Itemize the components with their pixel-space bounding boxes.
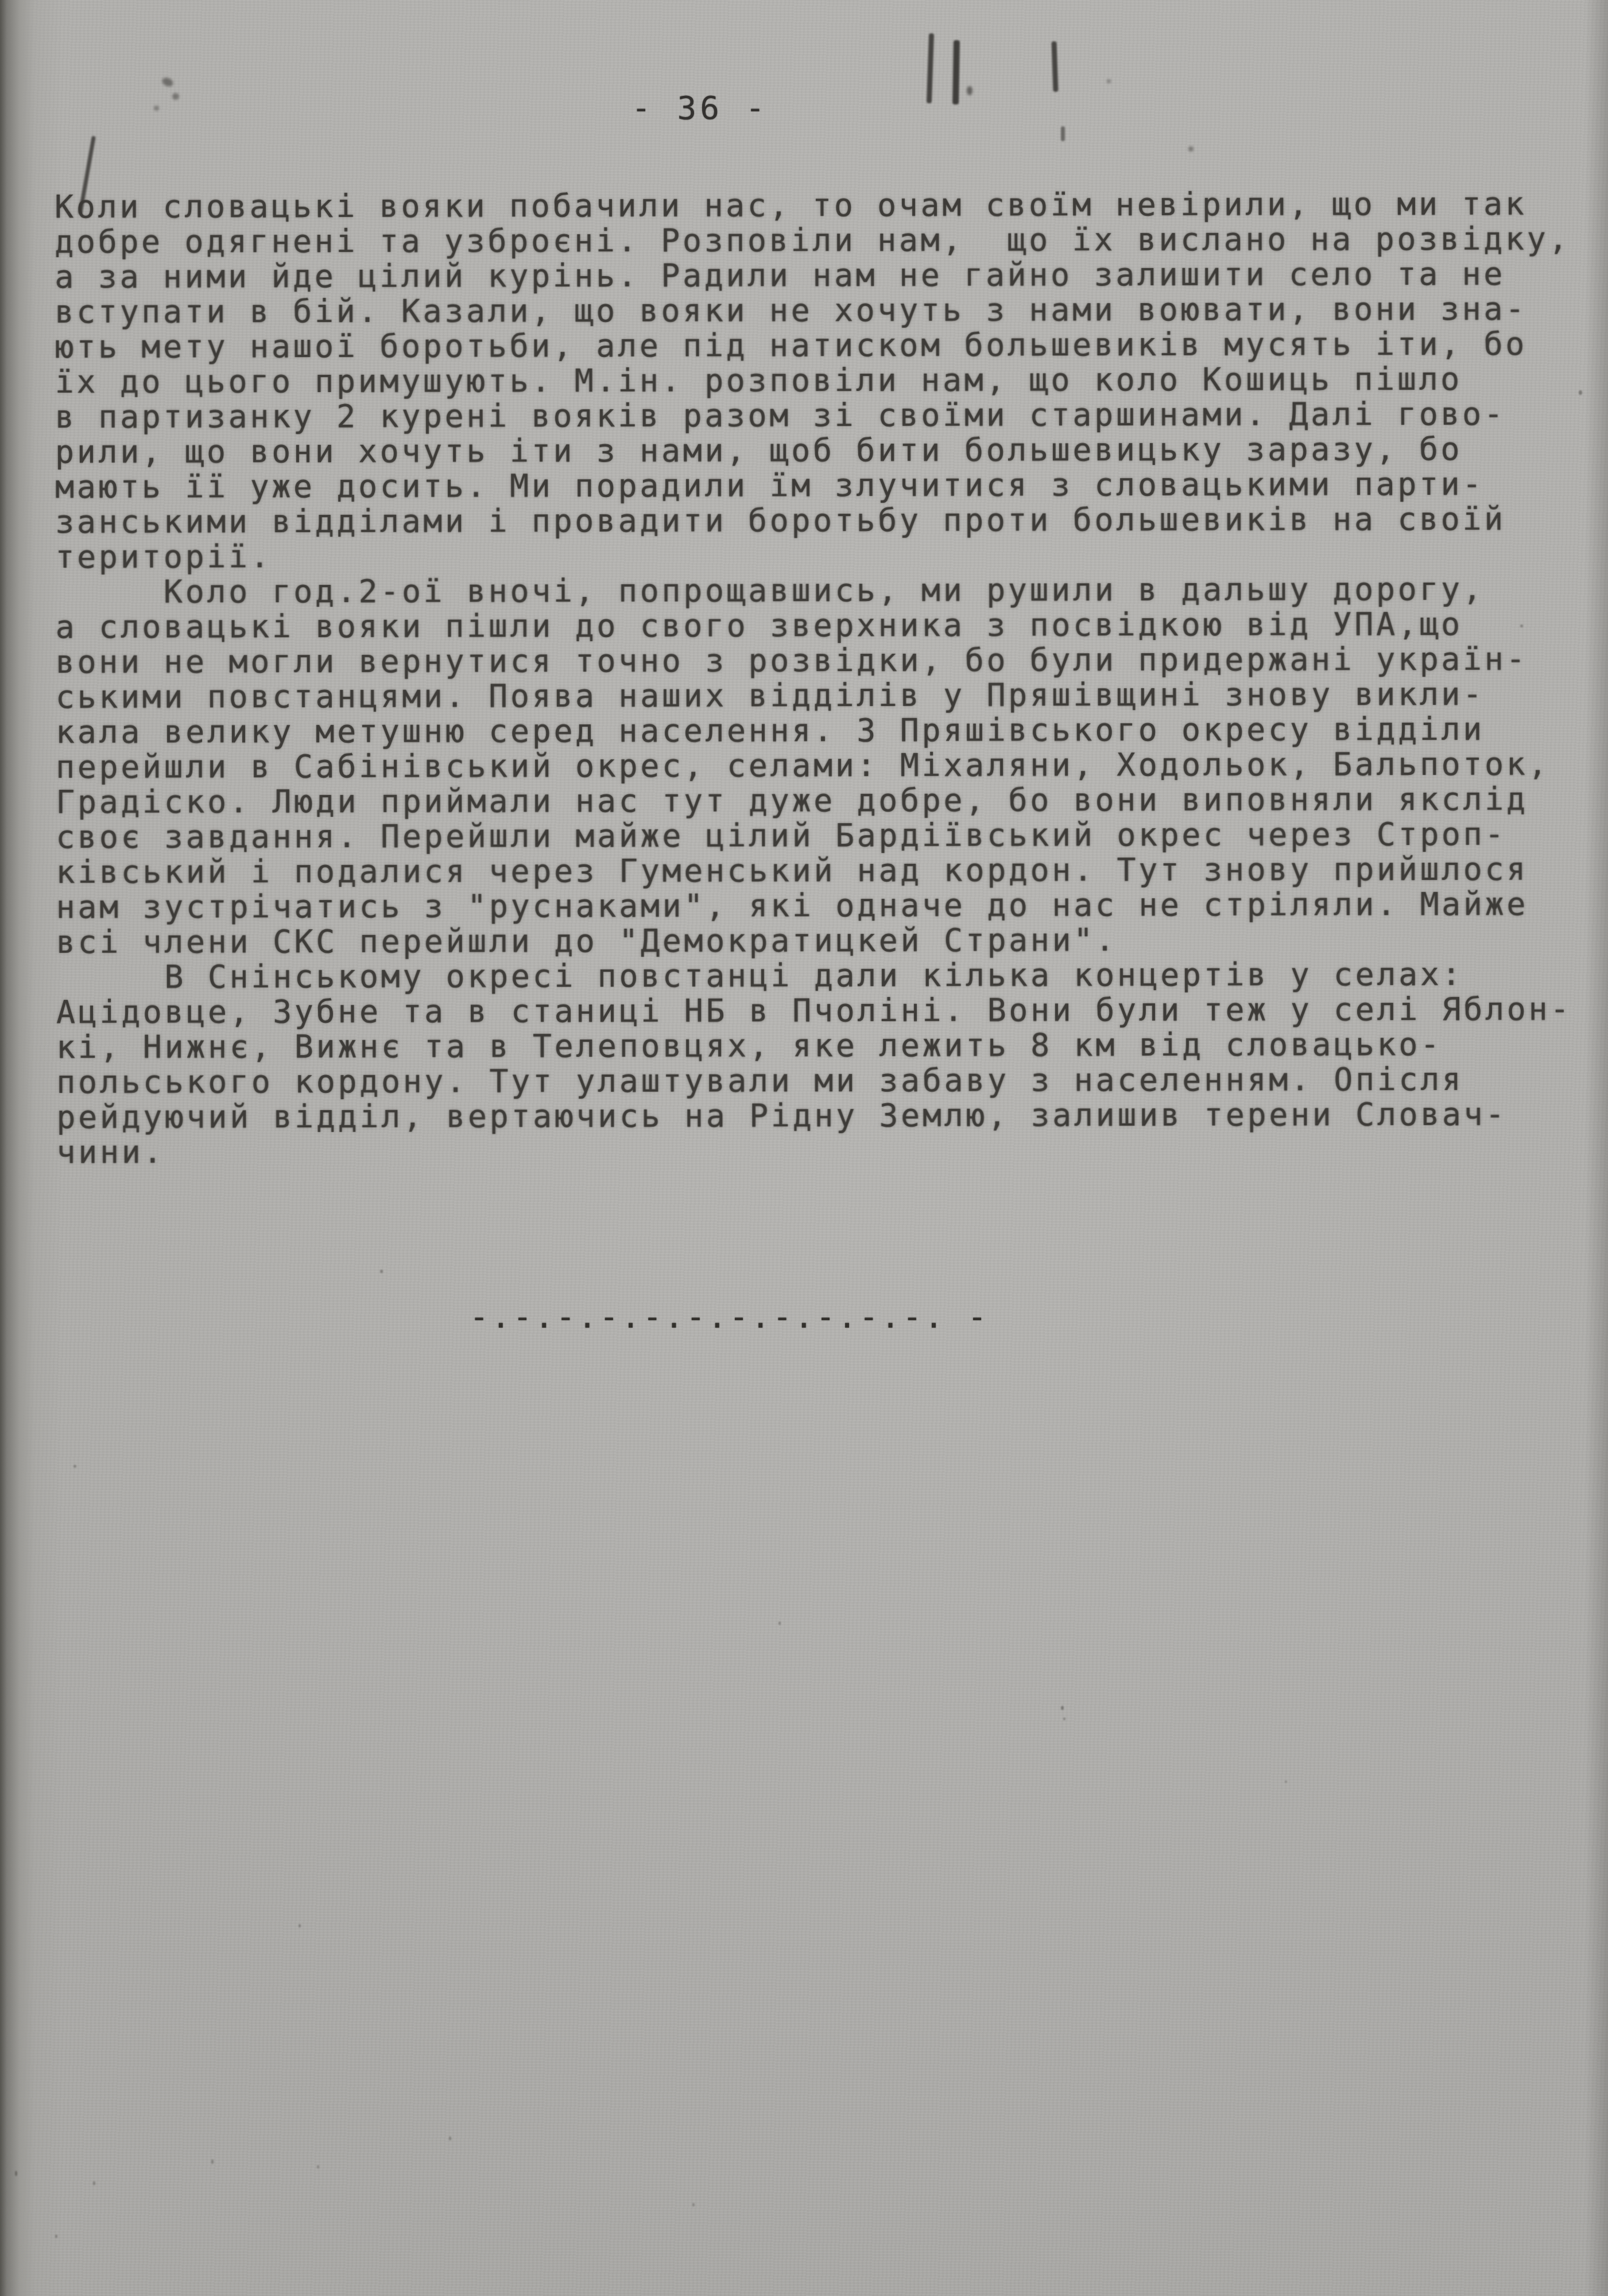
- paper-speck: [15, 2171, 17, 2176]
- text-line: нам зустрічатись з "руснаками", які одна…: [56, 886, 1595, 925]
- text-line: в партизанку 2 курені вояків разом зі св…: [55, 396, 1594, 435]
- ink-speck: [1107, 79, 1111, 83]
- text-line: Градіско. Люди приймали нас тут дуже доб…: [56, 781, 1594, 820]
- text-line: ківський і подалися через Гуменський над…: [56, 851, 1594, 890]
- paper-speck: [380, 1270, 383, 1273]
- page-number: - 36 -: [631, 90, 768, 127]
- text-line: а за ними йде цілий курінь. Радили нам н…: [55, 256, 1593, 294]
- scan-edge-shadow-left: [0, 0, 63, 2296]
- paper-speck: [317, 2165, 319, 2169]
- text-line: кала велику метушню серед населення. З П…: [56, 711, 1594, 750]
- text-line: мають її уже досить. Ми порадили їм злуч…: [55, 466, 1594, 505]
- text-block: Коли словацькі вояки побачили нас, то оч…: [55, 186, 1595, 1170]
- text-line: своє завдання. Перейшли майже цілий Бард…: [56, 816, 1594, 855]
- text-line: рили, що вони хочуть іти з нами, щоб бит…: [55, 431, 1594, 470]
- ink-smudge: [161, 76, 175, 88]
- ink-stroke: [927, 33, 934, 103]
- text-line: їх до цього примушують. М.ін. розповіли …: [55, 361, 1594, 400]
- ink-stroke: [952, 40, 960, 104]
- text-line: рейдуючий відділ, вертаючись на Рідну Зе…: [56, 1096, 1595, 1135]
- paper-speck: [449, 2136, 451, 2140]
- ink-speck: [1188, 146, 1194, 152]
- text-line: добре одягнені та узброєні. Розповіли на…: [55, 221, 1593, 259]
- ink-speck: [967, 86, 972, 95]
- ink-smudge: [154, 106, 159, 111]
- paper-speck: [1061, 1706, 1064, 1710]
- text-line: занськими відділами і провадити боротьбу…: [55, 501, 1594, 540]
- text-line: ють мету нашої боротьби, але під натиско…: [55, 326, 1594, 364]
- text-line: В Снінському окресі повстанці дали кільк…: [56, 956, 1595, 995]
- paper-speck: [1285, 1781, 1287, 1783]
- paper-speck: [778, 1622, 781, 1625]
- paper-speck: [692, 2203, 695, 2206]
- text-line: кі, Нижнє, Вижнє та в Телеповцях, яке ле…: [56, 1026, 1595, 1065]
- text-line: перейшли в Сабінівський окрес, селами: М…: [56, 746, 1594, 785]
- text-line: чини.: [56, 1131, 1595, 1170]
- ink-stroke: [1061, 126, 1065, 141]
- text-line: а словацькі вояки пішли до свого зверхни…: [56, 606, 1594, 645]
- separator-line: -.-.-.-.-.-.-.-.-.-.-. -: [470, 1298, 989, 1335]
- text-line: вступати в бій. Казали, що вояки не хочу…: [55, 291, 1593, 329]
- ink-smudge: [172, 93, 179, 100]
- text-line: Коли словацькі вояки побачили нас, то оч…: [55, 186, 1593, 224]
- scanned-document-page: - 36 - Коли словацькі вояки побачили нас…: [0, 0, 1608, 2296]
- text-line: польського кордону. Тут улаштували ми за…: [56, 1061, 1595, 1100]
- text-line: Коло год.2-ої вночі, попрощавшись, ми ру…: [55, 571, 1594, 610]
- ink-stroke: [1051, 41, 1058, 92]
- paper-speck: [55, 2235, 57, 2238]
- paper-speck: [1063, 1717, 1065, 1720]
- paper-speck: [211, 2159, 214, 2164]
- text-line: Ацідовце, Зубне та в станиці НБ в Пчолін…: [56, 991, 1595, 1030]
- paper-speck: [299, 1924, 301, 1927]
- paper-speck: [93, 2181, 95, 2185]
- text-line: всі члени СКС перейшли до "Демократицкей…: [56, 921, 1595, 960]
- text-line: вони не могли вернутися точно з розвідки…: [56, 641, 1594, 680]
- text-line: ськими повстанцями. Поява наших відділів…: [56, 676, 1594, 715]
- paper-speck: [1520, 625, 1523, 627]
- text-line: території.: [55, 536, 1594, 575]
- paper-speck: [73, 1465, 76, 1468]
- paper-speck: [1579, 390, 1582, 395]
